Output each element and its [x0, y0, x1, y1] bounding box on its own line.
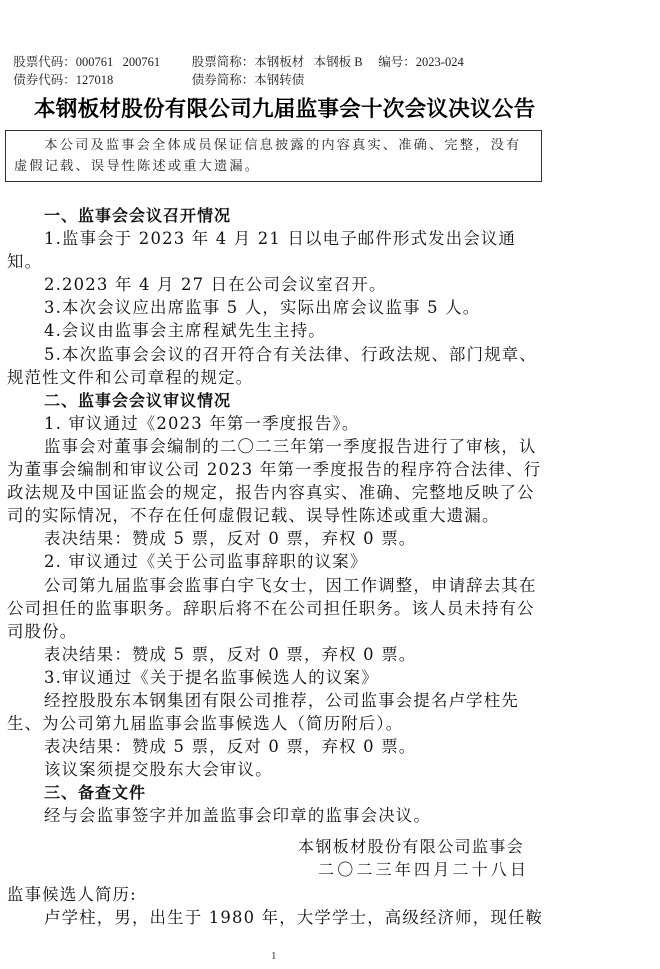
bond-code-label: 债券代码： — [13, 72, 76, 88]
bond-abbr-value: 本钢转债 — [254, 72, 304, 88]
s3-body: 经与会监事签字并加盖监事会印章的监事会决议。 — [7, 804, 547, 827]
motion-1-title: 1. 审议通过《2023 年第一季度报告》。 — [7, 412, 547, 435]
motion-3-vote: 表决结果：赞成 5 票，反对 0 票，弃权 0 票。 — [7, 735, 547, 758]
motion-3-title: 3.审议通过《关于提名监事候选人的议案》 — [7, 666, 547, 689]
s1-item-1: 1.监事会于 2023 年 4 月 21 日以电子邮件形式发出会议通知。 — [7, 227, 547, 273]
disclosure-notice-box: 本公司及监事会全体成员保证信息披露的内容真实、准确、完整，没有虚假记载、误导性陈… — [5, 130, 542, 182]
disclosure-notice-text: 本公司及监事会全体成员保证信息披露的内容真实、准确、完整，没有虚假记载、误导性陈… — [14, 135, 535, 177]
section-heading-2: 二、监事会会议审议情况 — [7, 389, 547, 412]
bond-abbr-label: 债券简称： — [192, 72, 255, 88]
header-row-bond: 债券代码：127018债券简称：本钢转债 — [7, 56, 304, 88]
number-value: 2023-024 — [416, 54, 464, 70]
s1-item-5: 5.本次监事会会议的召开符合有关法律、行政法规、部门规章、规范性文件和公司章程的… — [7, 343, 547, 389]
bond-code-value: 127018 — [76, 72, 192, 88]
motion-3-note: 该议案须提交股东大会审议。 — [7, 758, 547, 781]
motion-1-vote: 表决结果：赞成 5 票，反对 0 票，弃权 0 票。 — [7, 527, 547, 550]
s1-item-3: 3.本次会议应出席监事 5 人，实际出席会议监事 5 人。 — [7, 296, 547, 319]
page-number: 1 — [271, 950, 277, 962]
section-heading-3: 三、备查文件 — [7, 781, 547, 804]
document-title: 本钢板材股份有限公司九届监事会十次会议决议公告 — [34, 96, 554, 124]
s1-item-2: 2.2023 年 4 月 27 日在公司会议室召开。 — [7, 273, 547, 296]
motion-3-body: 经控股股东本钢集团有限公司推荐，公司监事会提名卢学柱先生、为公司第九届监事会监事… — [7, 689, 547, 735]
s1-item-4: 4.会议由监事会主席程斌先生主持。 — [7, 319, 547, 342]
number-label: 编号： — [378, 54, 416, 70]
motion-2-title: 2. 审议通过《关于公司监事辞职的议案》 — [7, 550, 547, 573]
resume-body: 卢学柱，男，出生于 1980 年，大学学士，高级经济师，现任鞍 — [7, 906, 547, 929]
document-body: 一、监事会会议召开情况 1.监事会于 2023 年 4 月 21 日以电子邮件形… — [7, 204, 547, 828]
motion-1-body: 监事会对董事会编制的二〇二三年第一季度报告进行了审核，认为董事会编制和审议公司 … — [7, 435, 547, 527]
signature-block: 本钢板材股份有限公司监事会 二〇二三年四月二十八日 — [298, 835, 548, 881]
section-heading-1: 一、监事会会议召开情况 — [7, 204, 547, 227]
motion-2-vote: 表决结果：赞成 5 票，反对 0 票，弃权 0 票。 — [7, 643, 547, 666]
resume-heading: 监事候选人简历: — [7, 883, 547, 906]
signature-date: 二〇二三年四月二十八日 — [298, 858, 548, 881]
candidate-resume: 监事候选人简历: 卢学柱，男，出生于 1980 年，大学学士，高级经济师，现任鞍 — [7, 883, 547, 929]
signature-org: 本钢板材股份有限公司监事会 — [298, 835, 548, 858]
motion-2-body: 公司第九届监事会监事白宇飞女士，因工作调整，申请辞去其在公司担任的监事职务。辞职… — [7, 574, 547, 643]
